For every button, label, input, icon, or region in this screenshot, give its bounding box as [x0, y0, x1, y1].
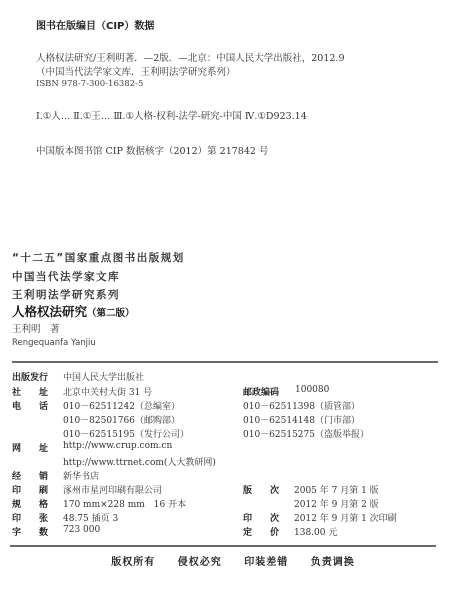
word-count-label: 字 数	[12, 525, 48, 538]
book-title: 人格权法研究（第二版）	[12, 302, 135, 320]
book-title-text: 人格权法研究	[12, 304, 87, 319]
cip-isbn: ISBN 978-7-300-16382-5	[36, 79, 143, 89]
postcode-value: 100080	[295, 385, 329, 395]
cip-classification: Ⅰ.①人… Ⅱ.①王… Ⅲ.①人格-权利-法学-研究-中国 Ⅳ.①D923.14	[36, 108, 307, 122]
cip-record-number: 中国版本图书馆 CIP 数据核字（2012）第 217842 号	[36, 143, 268, 157]
cip-bibliographic-line: 人格权法研究/王利明著．—2版．—北京：中国人民大学出版社，2012.9	[36, 50, 345, 64]
book-edition: （第二版）	[87, 308, 135, 319]
format-label: 规 格	[12, 497, 48, 510]
infringement-notice: 侵权必究	[178, 557, 222, 568]
bottom-divider	[10, 545, 436, 547]
price-label: 定 价	[243, 525, 279, 538]
website-label: 网 址	[12, 441, 48, 454]
edition-second: 2012 年 9 月第 2 版	[294, 497, 379, 510]
printer-label: 印 刷	[12, 483, 48, 496]
format-value: 170 mm×228 mm 16 开本	[63, 497, 186, 510]
phone-mail-order: 010－82501766（邮购部）	[63, 413, 180, 426]
cip-series-line: （中国当代法学家文库．王利明法学研究系列）	[36, 64, 236, 78]
edition-label: 版 次	[243, 483, 279, 496]
publisher-value: 中国人民大学出版社	[63, 370, 144, 383]
phone-quality: 010－62511398（质管部）	[243, 399, 360, 412]
distributor-value: 新华书店	[63, 469, 99, 482]
collection-series-label: 王利明法学研究系列	[12, 287, 120, 302]
publisher-label: 出版发行	[12, 370, 48, 383]
book-pinyin-title: Rengequanfa Yanjiu	[12, 338, 96, 348]
website-ttrnet-link[interactable]: http://www.ttrnet.com(人大教研网)	[63, 455, 216, 468]
phone-editorial: 010－62511242（总编室）	[63, 399, 180, 412]
address-label: 社 址	[12, 385, 48, 398]
phone-label: 电 话	[12, 399, 48, 412]
distributor-label: 经 销	[12, 469, 48, 482]
phone-distribution: 010－62515195（发行公司）	[63, 427, 189, 440]
copyright-notice: 版权所有 侵权必究 印装差错 负责调换	[0, 553, 466, 568]
printer-value: 涿州市星河印刷有限公司	[63, 483, 162, 496]
printing-label: 印 次	[243, 511, 279, 524]
all-rights-reserved: 版权所有	[111, 557, 155, 568]
edition-first: 2005 年 7 月第 1 版	[294, 483, 379, 496]
library-series-label: 中国当代法学家文库	[12, 269, 120, 284]
postcode-label: 邮政编码	[243, 385, 279, 398]
website-crup-link[interactable]: http://www.crup.com.cn	[63, 441, 172, 451]
printing-error-notice: 印装差错	[244, 557, 288, 568]
cip-heading: 图书在版编目（CIP）数据	[36, 17, 154, 32]
phone-piracy-report: 010－62515275（盗版举报）	[243, 427, 369, 440]
book-author: 王利明 著	[12, 321, 60, 335]
sheets-label: 印 张	[12, 511, 48, 524]
top-divider	[12, 361, 438, 363]
printing-value: 2012 年 9 月第 1 次印刷	[294, 511, 397, 524]
price-value: 138.00 元	[294, 525, 337, 538]
national-plan-label: “十二五”国家重点图书出版规划	[12, 250, 185, 265]
phone-retail: 010－62514148（门市部）	[243, 413, 360, 426]
word-count-value: 723 000	[63, 525, 100, 535]
sheets-value: 48.75 插页 3	[63, 511, 118, 524]
replacement-notice: 负责调换	[311, 557, 355, 568]
address-value: 北京中关村大街 31 号	[63, 385, 152, 398]
